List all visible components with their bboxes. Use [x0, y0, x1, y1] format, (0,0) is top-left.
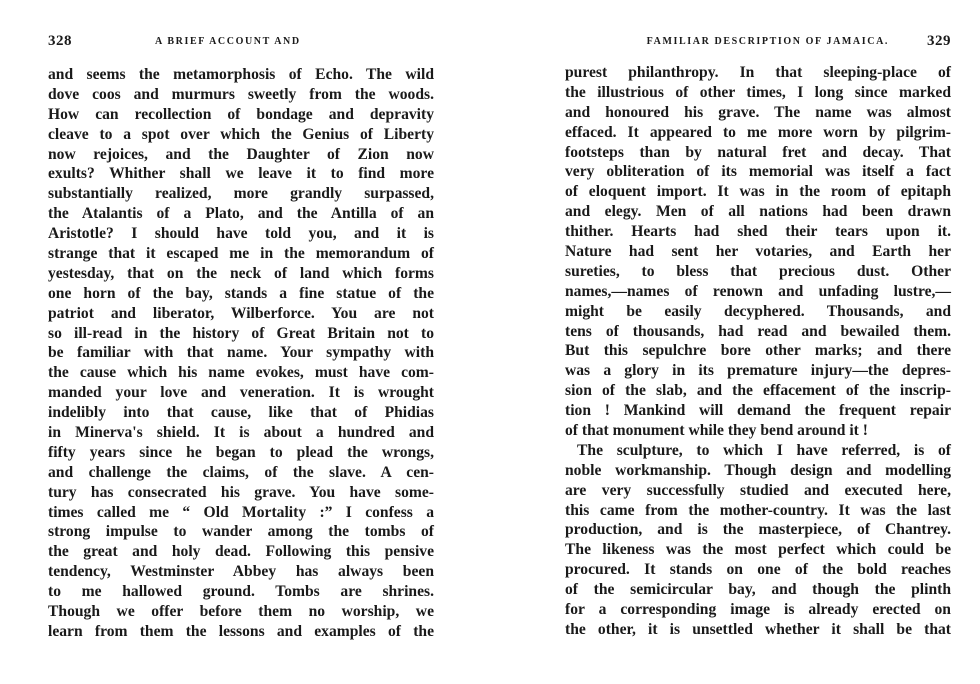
text-line: and honoured his grave. The name was alm…: [565, 103, 951, 123]
page-number: 328: [48, 33, 72, 50]
text-line: footsteps than by natural fret and decay…: [565, 143, 951, 163]
text-line: the other, it is unsettled whether it sh…: [565, 620, 951, 640]
text-line: Though we offer before them no worship, …: [48, 602, 434, 622]
text-line: yestesday, that on the neck of land whic…: [48, 264, 434, 284]
text-line: very obliteration of its memorial was it…: [565, 162, 951, 182]
text-line: substantially realized, more grandly sur…: [48, 184, 434, 204]
right-page: FAMILIAR DESCRIPTION OF JAMAICA. 329 pur…: [490, 0, 980, 684]
text-line: the cause which his name evokes, must ha…: [48, 363, 434, 383]
text-line: sureties, to bless that precious dust. O…: [565, 262, 951, 282]
text-line: But this sepulchre bore other marks; and…: [565, 341, 951, 361]
text-line: Aristotle? I should have told you, and i…: [48, 224, 434, 244]
text-line: dove coos and murmurs sweetly from the w…: [48, 85, 434, 105]
text-line: Nature had sent her votaries, and Earth …: [565, 242, 951, 262]
text-line: and elegy. Men of all nations had been d…: [565, 202, 951, 222]
text-line: strange that it escaped me in the memora…: [48, 244, 434, 264]
text-line: production, and is the masterpiece, of C…: [565, 520, 951, 540]
text-line: fifty years since he began to plead the …: [48, 443, 434, 463]
text-line: tendency, Westminster Abbey has always b…: [48, 562, 434, 582]
text-line: sion of the slab, and the effacement of …: [565, 381, 951, 401]
text-line: learn from them the lessons and examples…: [48, 622, 434, 642]
text-line: for a corresponding image is already ere…: [565, 600, 951, 620]
text-line: the illustrious of other times, I long s…: [565, 83, 951, 103]
text-line: was a glory in its premature injury—the …: [565, 361, 951, 381]
text-line: How can recollection of bondage and depr…: [48, 105, 434, 125]
text-line: names,—names of renown and unfading lust…: [565, 282, 951, 302]
text-line: manded your love and veneration. It is w…: [48, 383, 434, 403]
text-line: tion ! Mankind will demand the frequent …: [565, 401, 951, 421]
running-head-right: FAMILIAR DESCRIPTION OF JAMAICA. 329: [565, 33, 951, 49]
text-line: exults? Whither shall we leave it to fin…: [48, 164, 434, 184]
text-line: in Minerva's shield. It is about a hundr…: [48, 423, 434, 443]
text-line: the Atalantis of a Plato, and the Antill…: [48, 204, 434, 224]
text-line: now rejoices, and the Daughter of Zion n…: [48, 145, 434, 165]
text-line: and seems the metamorphosis of Echo. The…: [48, 65, 434, 85]
text-line: cleave to a spot over which the Genius o…: [48, 125, 434, 145]
text-line: of the semicircular bay, and though the …: [565, 580, 951, 600]
text-line: be familiar with that name. Your sympath…: [48, 343, 434, 363]
text-line: noble workmanship. Though design and mod…: [565, 461, 951, 481]
text-line: strong impulse to wander among the tombs…: [48, 522, 434, 542]
text-line: effaced. It appeared to me more worn by …: [565, 123, 951, 143]
body-text-right: purest philanthropy. In that sleeping-pl…: [565, 63, 951, 640]
running-head-title: A BRIEF ACCOUNT AND: [155, 36, 301, 47]
page-number: 329: [927, 33, 951, 50]
text-line: tens of thousands, had read and bewailed…: [565, 322, 951, 342]
text-line: one horn of the bay, stands a fine statu…: [48, 284, 434, 304]
paragraph-start-line: The sculpture, to which I have referred,…: [565, 441, 951, 461]
text-line: might be easily decyphered. Thousands, a…: [565, 302, 951, 322]
text-line: the great and holy dead. Following this …: [48, 542, 434, 562]
text-line: of eloquent import. It was in the room o…: [565, 182, 951, 202]
running-head-left: 328 A BRIEF ACCOUNT AND: [48, 33, 434, 49]
body-text-left: and seems the metamorphosis of Echo. The…: [48, 65, 434, 642]
text-line: patriot and liberator, Wilberforce. You …: [48, 304, 434, 324]
text-line: purest philanthropy. In that sleeping-pl…: [565, 63, 951, 83]
text-line: to me hallowed ground. Tombs are shrines…: [48, 582, 434, 602]
text-line: so ill-read in the history of Great Brit…: [48, 324, 434, 344]
left-page: 328 A BRIEF ACCOUNT AND and seems the me…: [0, 0, 490, 684]
running-head-title: FAMILIAR DESCRIPTION OF JAMAICA.: [647, 36, 889, 47]
text-line: of that monument while they bend around …: [565, 421, 951, 441]
text-line: thither. Hearts had shed their tears upo…: [565, 222, 951, 242]
text-line: and challenge the claims, of the slave. …: [48, 463, 434, 483]
text-line: indelibly into that cause, like that of …: [48, 403, 434, 423]
text-line: procured. It stands on one of the bold r…: [565, 560, 951, 580]
text-line: this came from the mother-country. It wa…: [565, 501, 951, 521]
text-line: The likeness was the most perfect which …: [565, 540, 951, 560]
text-line: are very successfully studied and execut…: [565, 481, 951, 501]
text-line: tury has consecrated his grave. You have…: [48, 483, 434, 503]
text-line: times called me “ Old Mortality :” I con…: [48, 503, 434, 523]
